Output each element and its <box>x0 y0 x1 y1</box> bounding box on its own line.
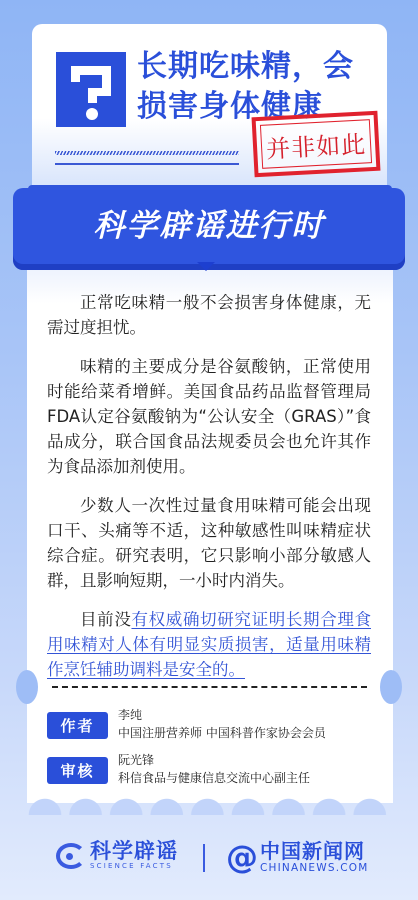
decorative-stripe <box>55 151 239 155</box>
ribbon-title: 科学辟谣进行时 <box>13 200 405 245</box>
credit-title: 中国注册营养师 中国科普作家协会会员 <box>118 724 326 742</box>
ticket-notch-right <box>380 670 402 704</box>
logo1-english: SCIENCE FACTS <box>90 862 178 871</box>
role-badge: 审核 <box>47 757 108 784</box>
decorative-line <box>55 163 239 165</box>
role-badge: 作者 <box>47 712 108 739</box>
credit-reviewer: 审核 阮光锋 科信食品与健康信息交流中心副主任 <box>47 751 310 787</box>
logo2-english: CHINANEWS.COM <box>260 862 369 874</box>
credit-name: 李纯 <box>118 706 326 724</box>
paragraph: 少数人一次性过量食用味精可能会出现口干、头痛等不适，这种敏感性叫味精症状综合症。… <box>47 493 371 593</box>
ticket-notch-left <box>16 670 38 704</box>
verdict-stamp-text: 并非如此 <box>260 119 372 169</box>
science-facts-logo: 科学辟谣 SCIENCE FACTS <box>56 840 178 871</box>
at-sign-icon: @ <box>226 841 258 873</box>
credit-name: 阮光锋 <box>118 751 310 769</box>
dashed-divider <box>52 686 367 688</box>
paragraph: 正常吃味精一般不会损害身体健康，无需过度担忧。 <box>47 290 371 340</box>
logo-divider <box>203 844 205 872</box>
logo2-chinese: 中国新闻网 <box>260 840 369 862</box>
conclusion-paragraph: 目前没有权威确切研究证明长期合理食用味精对人体有明显实质损害，适量用味精作烹饪辅… <box>47 607 371 682</box>
science-facts-logo-icon <box>56 843 86 869</box>
logo1-chinese: 科学辟谣 <box>90 840 178 862</box>
article-body: 正常吃味精一般不会损害身体健康，无需过度担忧。 味精的主要成分是谷氨酸钠，正常使… <box>47 290 371 696</box>
credit-author: 作者 李纯 中国注册营养师 中国科普作家协会会员 <box>47 706 326 742</box>
footer: 科学辟谣 SCIENCE FACTS @ 中国新闻网 CHINANEWS.COM <box>0 836 418 886</box>
question-mark-icon <box>56 52 126 127</box>
credit-title: 科信食品与健康信息交流中心副主任 <box>118 769 310 787</box>
verdict-stamp: 并非如此 <box>252 111 381 178</box>
paragraph: 味精的主要成分是谷氨酸钠，正常使用时能给菜肴增鲜。美国食品药品监督管理局FDA认… <box>47 354 371 479</box>
conclusion-prefix: 目前没 <box>80 610 131 629</box>
chinanews-logo: @ 中国新闻网 CHINANEWS.COM <box>226 840 369 874</box>
arrow-down-icon <box>197 262 215 271</box>
scalloped-edge <box>27 795 393 815</box>
section-ribbon: 科学辟谣进行时 <box>13 188 405 270</box>
